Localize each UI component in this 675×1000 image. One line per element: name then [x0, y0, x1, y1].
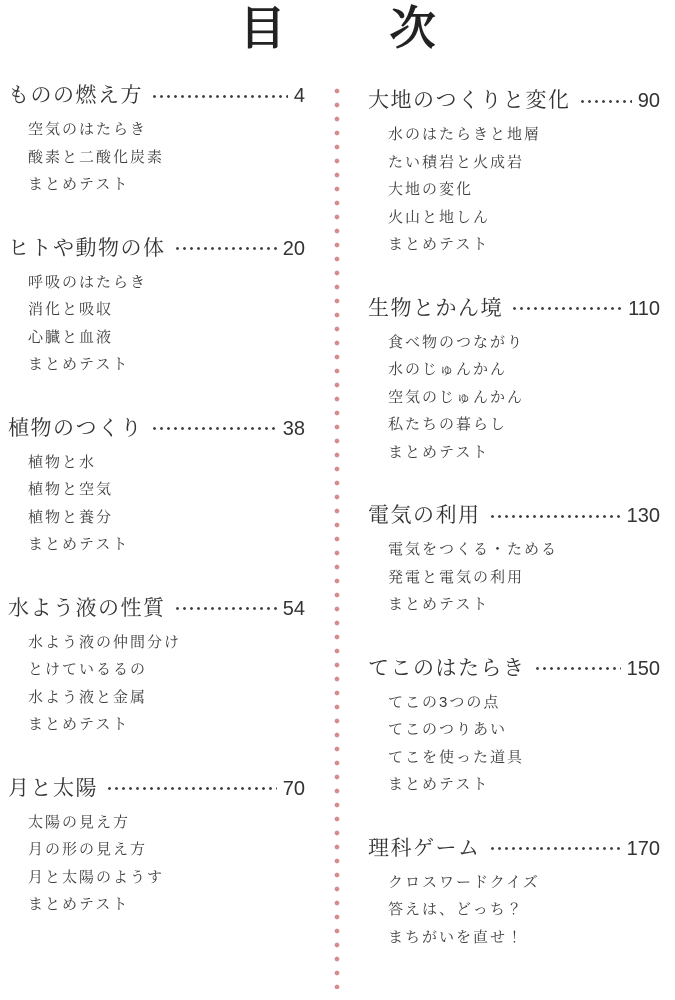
toc-subitem: 水のじゅんかん	[388, 356, 660, 384]
subitem-list: 太陽の見え方月の形の見え方月と太陽のようすまとめテスト	[28, 809, 305, 919]
toc-subitem: 植物と空気	[28, 476, 305, 504]
toc-subitem: 水よう液と金属	[28, 684, 305, 712]
toc-subitem: 食べ物のつながり	[388, 329, 660, 357]
toc-chapter-row: ものの燃え方 4	[8, 84, 305, 108]
page-title: 目 次	[0, 0, 675, 51]
toc-subitem: 大地の変化	[388, 176, 660, 204]
chapter-page-number: 90	[638, 89, 660, 113]
toc-subitem: まちがいを直せ！	[388, 924, 660, 952]
chapter-title: 月と太陽	[8, 777, 98, 801]
chapter-title: ヒトや動物の体	[8, 237, 166, 261]
toc-subitem: とけているるの	[28, 656, 305, 684]
chapter-page-number: 150	[627, 657, 660, 681]
dotted-leader	[489, 837, 621, 861]
toc-chapter-row: ヒトや動物の体 20	[8, 237, 305, 261]
toc-subitem: まとめテスト	[28, 531, 305, 559]
table-of-contents: ものの燃え方 4 空気のはたらき酸素と二酸化炭素まとめテスト ヒトや動物の体 2…	[0, 84, 675, 989]
toc-subitem: まとめテスト	[28, 711, 305, 739]
chapter-page-number: 20	[283, 237, 305, 261]
toc-section: 水よう液の性質 54 水よう液の仲間分けとけているるの水よう液と金属まとめテスト	[8, 597, 305, 739]
toc-chapter-row: 電気の利用 130	[368, 504, 660, 528]
toc-subitem: 空気のじゅんかん	[388, 384, 660, 412]
toc-subitem: 月の形の見え方	[28, 836, 305, 864]
toc-subitem: 植物と養分	[28, 504, 305, 532]
subitem-list: 水よう液の仲間分けとけているるの水よう液と金属まとめテスト	[28, 629, 305, 739]
toc-column-left: ものの燃え方 4 空気のはたらき酸素と二酸化炭素まとめテスト ヒトや動物の体 2…	[8, 84, 305, 989]
toc-subitem: まとめテスト	[388, 591, 660, 619]
chapter-title: てこのはたらき	[368, 657, 526, 681]
chapter-title: 植物のつくり	[8, 417, 143, 441]
toc-subitem: 水のはたらきと地層	[388, 121, 660, 149]
toc-subitem: まとめテスト	[388, 439, 660, 467]
subitem-list: 空気のはたらき酸素と二酸化炭素まとめテスト	[28, 116, 305, 199]
subitem-list: 電気をつくる・ためる発電と電気の利用まとめテスト	[388, 536, 660, 619]
toc-section: 理科ゲーム 170 クロスワードクイズ答えは、どっち？まちがいを直せ！	[368, 837, 660, 952]
toc-subitem: 発電と電気の利用	[388, 564, 660, 592]
toc-chapter-row: てこのはたらき 150	[368, 657, 660, 681]
dotted-leader	[511, 297, 622, 321]
toc-subitem: 空気のはたらき	[28, 116, 305, 144]
toc-subitem: 答えは、どっち？	[388, 896, 660, 924]
chapter-page-number: 130	[627, 504, 660, 528]
chapter-title: 水よう液の性質	[8, 597, 166, 621]
toc-subitem: てこを使った道具	[388, 744, 660, 772]
dotted-leader	[106, 777, 277, 801]
chapter-page-number: 38	[283, 417, 305, 441]
subitem-list: クロスワードクイズ答えは、どっち？まちがいを直せ！	[388, 869, 660, 952]
toc-subitem: まとめテスト	[388, 771, 660, 799]
toc-section: 生物とかん境 110 食べ物のつながり水のじゅんかん空気のじゅんかん私たちの暮ら…	[368, 297, 660, 467]
dotted-leader	[174, 237, 277, 261]
toc-subitem: 太陽の見え方	[28, 809, 305, 837]
dotted-divider	[334, 84, 340, 989]
page-title-char-2: 次	[390, 5, 436, 51]
chapter-page-number: 70	[283, 777, 305, 801]
subitem-list: 呼吸のはたらき消化と吸収心臓と血液まとめテスト	[28, 269, 305, 379]
toc-subitem: まとめテスト	[28, 351, 305, 379]
toc-chapter-row: 生物とかん境 110	[368, 297, 660, 321]
dotted-leader	[174, 597, 277, 621]
subitem-list: てこの3つの点てこのつりあいてこを使った道具まとめテスト	[388, 689, 660, 799]
toc-chapter-row: 植物のつくり 38	[8, 417, 305, 441]
toc-subitem: たい積岩と火成岩	[388, 149, 660, 177]
dotted-leader	[151, 84, 288, 108]
chapter-page-number: 4	[294, 84, 305, 108]
chapter-page-number: 170	[627, 837, 660, 861]
toc-section: 電気の利用 130 電気をつくる・ためる発電と電気の利用まとめテスト	[368, 504, 660, 619]
subitem-list: 食べ物のつながり水のじゅんかん空気のじゅんかん私たちの暮らしまとめテスト	[388, 329, 660, 467]
toc-subitem: 水よう液の仲間分け	[28, 629, 305, 657]
toc-subitem: まとめテスト	[28, 891, 305, 919]
toc-section: 植物のつくり 38 植物と水植物と空気植物と養分まとめテスト	[8, 417, 305, 559]
toc-subitem: てこのつりあい	[388, 716, 660, 744]
dotted-leader	[489, 504, 621, 528]
toc-section: ものの燃え方 4 空気のはたらき酸素と二酸化炭素まとめテスト	[8, 84, 305, 199]
toc-chapter-row: 大地のつくりと変化 90	[368, 89, 660, 113]
toc-subitem: 消化と吸収	[28, 296, 305, 324]
toc-subitem: 植物と水	[28, 449, 305, 477]
toc-chapter-row: 月と太陽 70	[8, 777, 305, 801]
toc-subitem: まとめテスト	[28, 171, 305, 199]
toc-subitem: 酸素と二酸化炭素	[28, 144, 305, 172]
toc-section: てこのはたらき 150 てこの3つの点てこのつりあいてこを使った道具まとめテスト	[368, 657, 660, 799]
toc-subitem: てこの3つの点	[388, 689, 660, 717]
page-title-char-1: 目	[240, 5, 286, 51]
toc-section: 月と太陽 70 太陽の見え方月の形の見え方月と太陽のようすまとめテスト	[8, 777, 305, 919]
toc-subitem: 私たちの暮らし	[388, 411, 660, 439]
chapter-title: 生物とかん境	[368, 297, 503, 321]
dotted-leader	[151, 417, 277, 441]
toc-subitem: 心臓と血液	[28, 324, 305, 352]
subitem-list: 植物と水植物と空気植物と養分まとめテスト	[28, 449, 305, 559]
chapter-title: 電気の利用	[368, 504, 481, 528]
subitem-list: 水のはたらきと地層たい積岩と火成岩大地の変化火山と地しんまとめテスト	[388, 121, 660, 259]
chapter-title: 理科ゲーム	[368, 837, 481, 861]
toc-subitem: 呼吸のはたらき	[28, 269, 305, 297]
dotted-leader	[579, 89, 632, 113]
toc-subitem: 火山と地しん	[388, 204, 660, 232]
chapter-title: ものの燃え方	[8, 84, 143, 108]
toc-chapter-row: 水よう液の性質 54	[8, 597, 305, 621]
dotted-leader	[534, 657, 621, 681]
toc-chapter-row: 理科ゲーム 170	[368, 837, 660, 861]
chapter-title: 大地のつくりと変化	[368, 89, 571, 113]
toc-section: ヒトや動物の体 20 呼吸のはたらき消化と吸収心臓と血液まとめテスト	[8, 237, 305, 379]
toc-subitem: 月と太陽のようす	[28, 864, 305, 892]
chapter-page-number: 54	[283, 597, 305, 621]
toc-subitem: 電気をつくる・ためる	[388, 536, 660, 564]
toc-subitem: クロスワードクイズ	[388, 869, 660, 897]
chapter-page-number: 110	[628, 297, 660, 321]
toc-column-right: 大地のつくりと変化 90 水のはたらきと地層たい積岩と火成岩大地の変化火山と地し…	[368, 89, 660, 989]
toc-subitem: まとめテスト	[388, 231, 660, 259]
toc-section: 大地のつくりと変化 90 水のはたらきと地層たい積岩と火成岩大地の変化火山と地し…	[368, 89, 660, 259]
